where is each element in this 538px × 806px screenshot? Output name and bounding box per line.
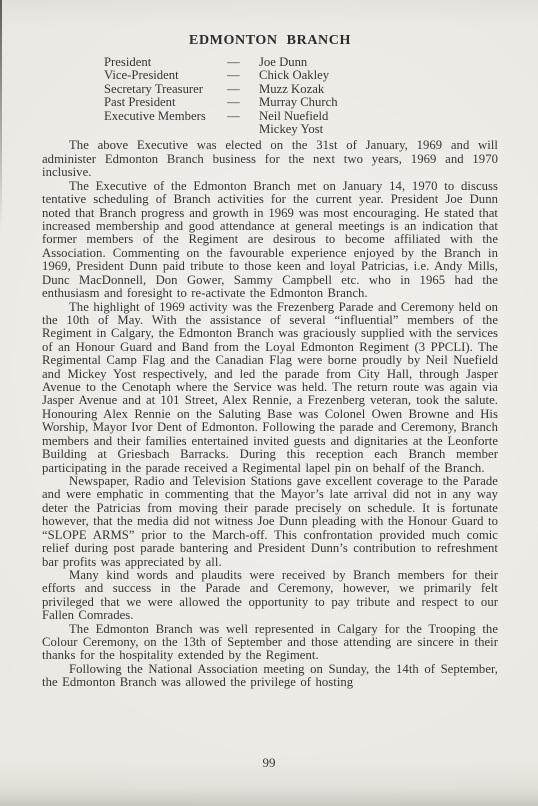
executive-name: Muzz Kozak — [259, 83, 498, 96]
paragraph: Newspaper, Radio and Television Stations… — [42, 475, 498, 569]
executive-name: Mickey Yost — [259, 123, 498, 136]
dash-separator — [227, 123, 259, 136]
executive-row: President — Joe Dunn — [104, 56, 498, 69]
scan-bottom-shadow — [0, 788, 538, 806]
page-number: 99 — [0, 755, 538, 771]
executive-role: Secretary Treasurer — [104, 83, 227, 96]
executive-row: Vice-President — Chick Oakley — [104, 69, 498, 82]
executive-name: Murray Church — [259, 96, 498, 109]
article-body: The above Executive was elected on the 3… — [42, 139, 498, 689]
paragraph: The Executive of the Edmonton Branch met… — [42, 180, 498, 301]
executive-role: Executive Members — [104, 110, 227, 123]
page-content: EDMONTON BRANCH President — Joe Dunn Vic… — [42, 33, 498, 690]
executive-row: Secretary Treasurer — Muzz Kozak — [104, 83, 498, 96]
executive-role: Vice-President — [104, 69, 227, 82]
executive-row: Mickey Yost — [104, 123, 498, 136]
executive-row: Executive Members — Neil Nuefield — [104, 110, 498, 123]
dash-separator: — — [227, 96, 259, 109]
executive-name: Chick Oakley — [259, 69, 498, 82]
dash-separator: — — [227, 83, 259, 96]
executive-role — [104, 123, 227, 136]
executive-row: Past President — Murray Church — [104, 96, 498, 109]
page-title: EDMONTON BRANCH — [42, 33, 498, 49]
paragraph: The Edmonton Branch was well represented… — [42, 623, 498, 663]
paragraph: The highlight of 1969 activity was the F… — [42, 301, 498, 475]
paragraph: Following the National Association meeti… — [42, 663, 498, 690]
executive-role: President — [104, 56, 227, 69]
executive-name: Joe Dunn — [259, 56, 498, 69]
executive-name: Neil Nuefield — [259, 110, 498, 123]
executive-role: Past President — [104, 96, 227, 109]
dash-separator: — — [227, 56, 259, 69]
paragraph: The above Executive was elected on the 3… — [42, 139, 498, 179]
scanned-document-page: EDMONTON BRANCH President — Joe Dunn Vic… — [0, 0, 538, 806]
executive-list: President — Joe Dunn Vice-President — Ch… — [104, 56, 498, 136]
dash-separator: — — [227, 69, 259, 82]
dash-separator: — — [227, 110, 259, 123]
scan-edge-artifact — [0, 0, 2, 230]
paragraph: Many kind words and plaudits were receiv… — [42, 569, 498, 623]
